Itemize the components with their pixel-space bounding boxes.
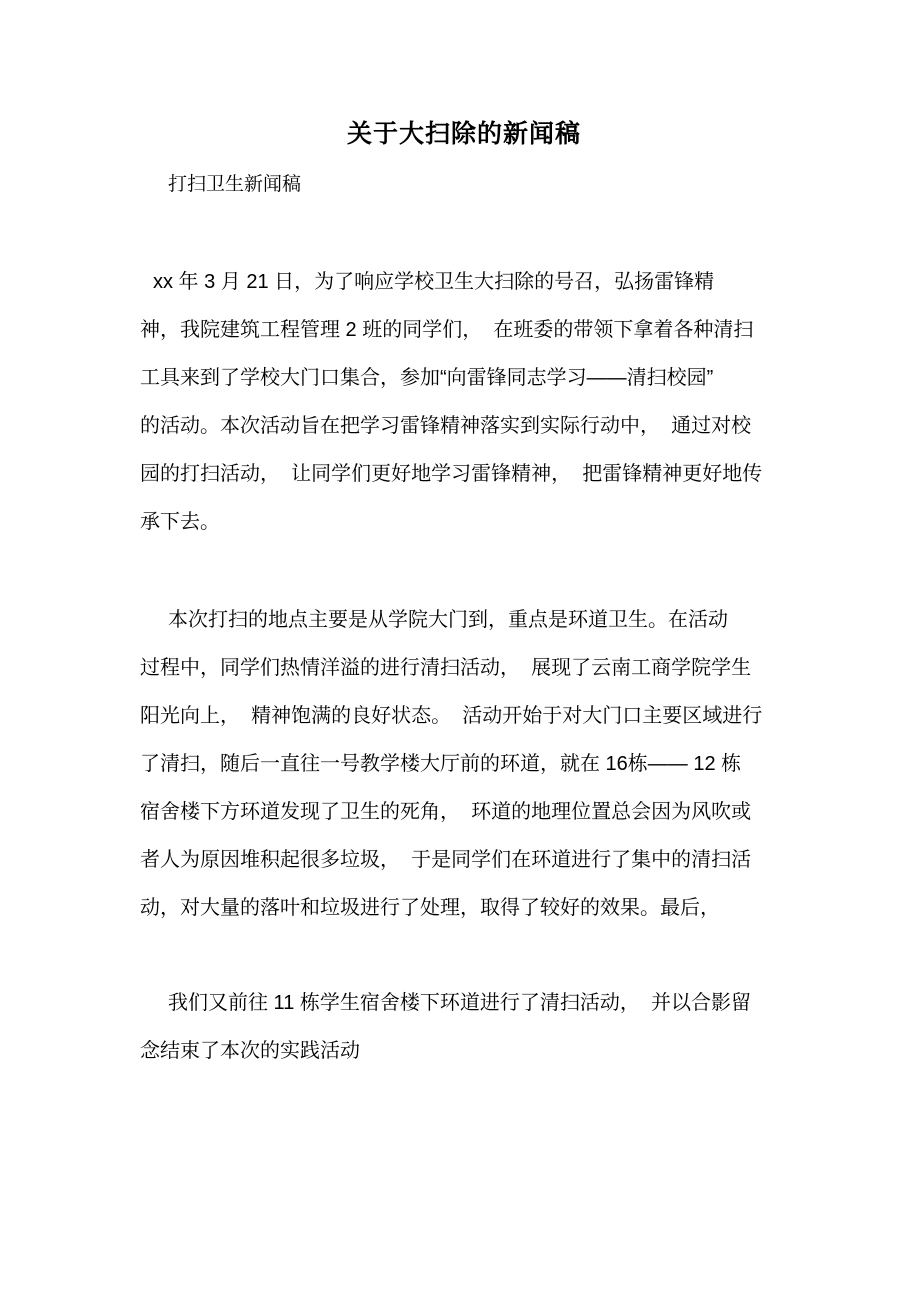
body-paragraph-3: 我们又前往 11 栋学生宿舍楼下环道进行了清扫活动， 并以合影留 念结束了本次的… — [140, 979, 840, 1075]
document-page: 关于大扫除的新闻稿 打扫卫生新闻稿 xx 年 3 月 21 日，为了响应学校卫生… — [0, 0, 920, 1303]
document-subtitle: 打扫卫生新闻稿 — [168, 172, 301, 198]
body-paragraph-2: 本次打扫的地点主要是从学院大门到，重点是环道卫生。在活动 过程中，同学们热情洋溢… — [140, 596, 840, 932]
body-paragraph-1: xx 年 3 月 21 日，为了响应学校卫生大扫除的号召，弘扬雷锋精 神，我院建… — [140, 258, 840, 546]
document-title: 关于大扫除的新闻稿 — [140, 118, 788, 150]
